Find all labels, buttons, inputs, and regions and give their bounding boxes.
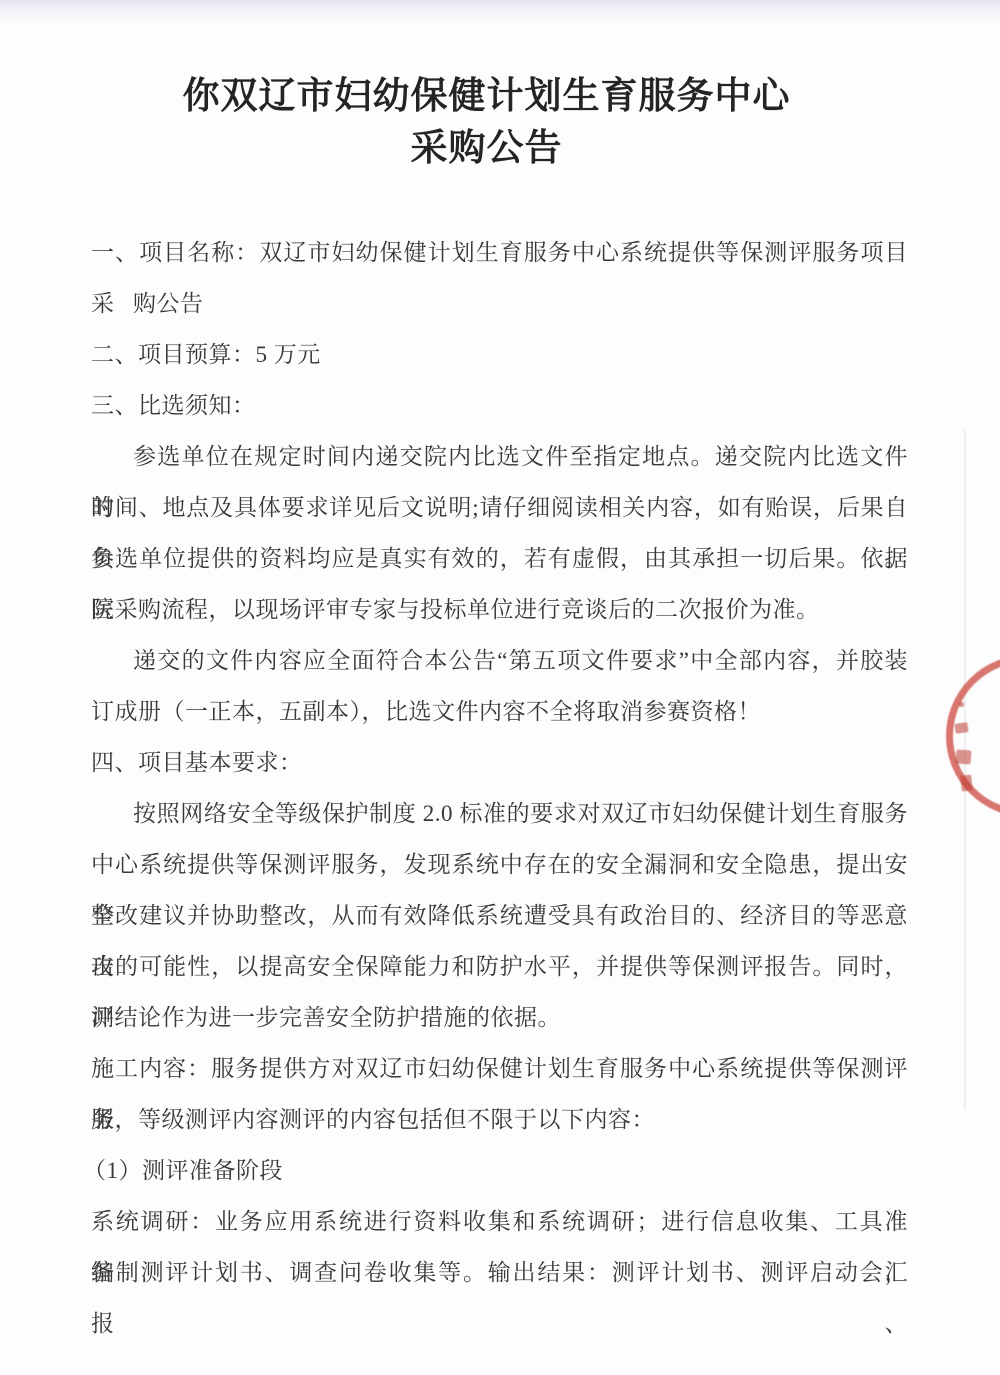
red-seal-glyph-mark [954,722,968,734]
text-line: 一、项目名称：双辽市妇幼保健计划生育服务中心系统提供等保测评服务项目采 [91,227,908,278]
red-seal-glyph-mark [956,749,972,764]
text-line: 三、比选须知： [91,380,908,431]
document-title-line: 采购公告 [91,123,882,175]
text-line: 订成册（一正本，五副本），比选文件内容不全将取消参赛资格！ [91,686,908,737]
text-line: 编制测评计划书、调查问卷收集等。输出结果：测评计划书、测评启动会汇报、 [91,1247,908,1298]
document-body: 一、项目名称：双辽市妇幼保健计划生育服务中心系统提供等保测评服务项目采购公告二、… [91,227,908,1298]
red-seal-glyph-mark [960,774,973,791]
text-line: 评结论作为进一步完善安全防护措施的依据。 [91,992,908,1043]
scanned-document-page: 你双辽市妇幼保健计划生育服务中心 采购公告 一、项目名称：双辽市妇幼保健计划生育… [0,0,1000,1375]
text-line: 二、项目预算：5 万元 [91,329,908,380]
text-line: 务，等级测评内容测评的内容包括但不限于以下内容： [91,1094,908,1145]
text-line: 击的可能性，以提高安全保障能力和防护水平，并提供等保测评报告。同时，测 [91,941,908,992]
text-line: 整改建议并协助整改，从而有效降低系统遭受具有政治目的、经济目的等恶意攻 [91,890,908,941]
red-seal-stamp [946,655,1000,817]
red-seal-glyph-mark [959,702,964,707]
text-line: 按照网络安全等级保护制度 2.0 标准的要求对双辽市妇幼保健计划生育服务 [91,788,908,839]
text-line: （1）测评准备阶段 [83,1145,908,1196]
document-title-line: 你双辽市妇幼保健计划生育服务中心 [91,71,882,123]
text-line: 递交的文件内容应全面符合本公告“第五项文件要求”中全部内容，并胶装 [91,635,908,686]
text-line: 参选单位提供的资料均应是真实有效的，若有虚假，由其承担一切后果。依据医 [91,533,908,584]
text-line: 四、项目基本要求： [91,737,908,788]
text-line: 院采购流程，以现场评审专家与投标单位进行竞谈后的二次报价为准。 [91,584,908,635]
text-line: 时间、地点及具体要求详见后文说明;请仔细阅读相关内容，如有贻误，后果自负。 [91,482,908,533]
text-line: 参选单位在规定时间内递交院内比选文件至指定地点。递交院内比选文件的 [91,431,908,482]
text-line: 中心系统提供等保测评服务，发现系统中存在的安全漏洞和安全隐患，提出安全 [91,839,908,890]
text-line: 施工内容：服务提供方对双辽市妇幼保健计划生育服务中心系统提供等保测评服 [91,1043,908,1094]
text-line: 系统调研：业务应用系统进行资料收集和系统调研；进行信息收集、工具准备， [91,1196,908,1247]
text-line: 购公告 [91,278,908,329]
scan-edge-shade [0,0,1000,26]
document-title: 你双辽市妇幼保健计划生育服务中心 采购公告 [91,71,908,175]
